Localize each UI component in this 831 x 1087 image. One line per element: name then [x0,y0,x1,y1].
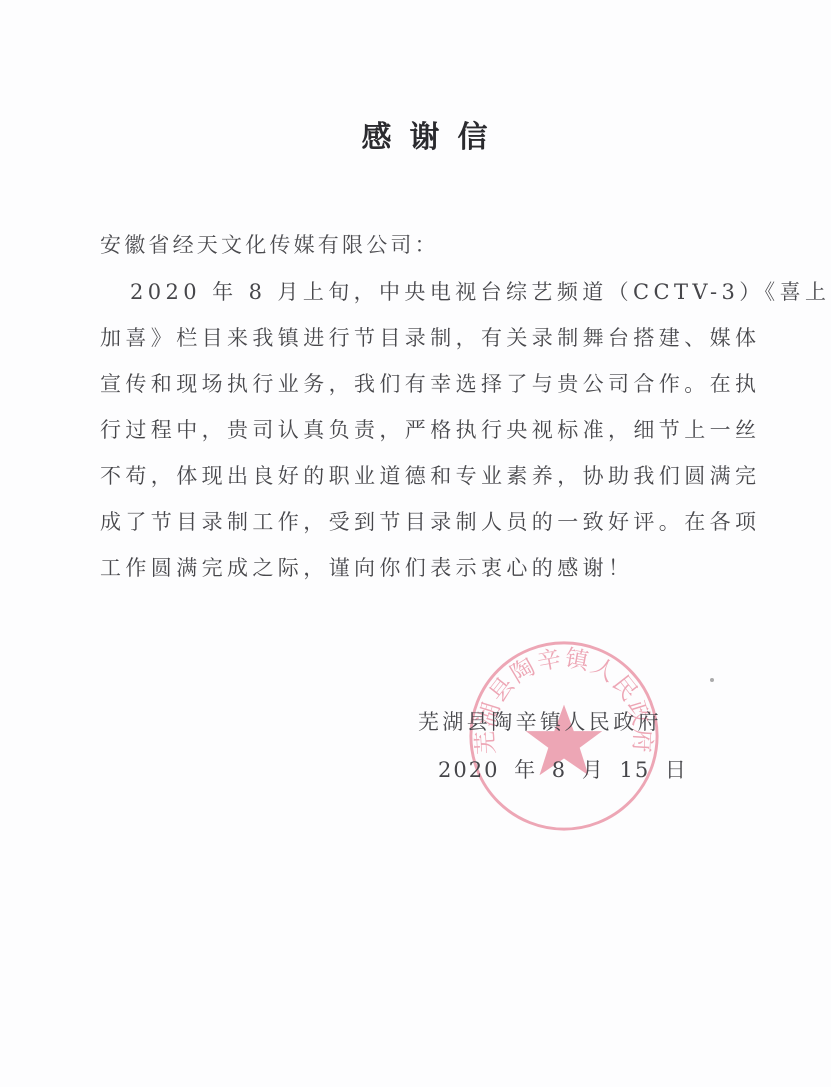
signature-organization: 芜湖县陶辛镇人民政府 [418,706,662,736]
letter-body-line: 工作圆满完成之际，谨向你们表示衷心的感谢！ [100,552,633,582]
letter-salutation: 安徽省经天文化传媒有限公司： [100,229,439,259]
letter-body-line: 成了节目录制工作，受到节目录制人员的一致好评。在各项 [100,506,760,536]
scan-speck [710,678,714,682]
letter-body-line: 宣传和现场执行业务，我们有幸选择了与贵公司合作。在执 [100,368,760,398]
letter-body-line: 不苟，体现出良好的职业道德和专业素养，协助我们圆满完 [100,460,760,490]
letter-body-line: 2020 年 8 月上旬，中央电视台综艺频道（CCTV-3）《喜上 [130,276,830,306]
scanned-letter-page: 感谢信 安徽省经天文化传媒有限公司： 2020 年 8 月上旬，中央电视台综艺频… [0,0,831,1087]
letter-title: 感谢信 [0,112,831,156]
letter-date: 2020 年 8 月 15 日 [438,754,688,784]
letter-body-line: 行过程中，贵司认真负责，严格执行央视标准，细节上一丝 [100,414,760,444]
letter-body-line: 加喜》栏目来我镇进行节目录制，有关录制舞台搭建、媒体 [100,322,760,352]
official-seal: 芜湖县陶辛镇人民政府 [466,638,662,834]
